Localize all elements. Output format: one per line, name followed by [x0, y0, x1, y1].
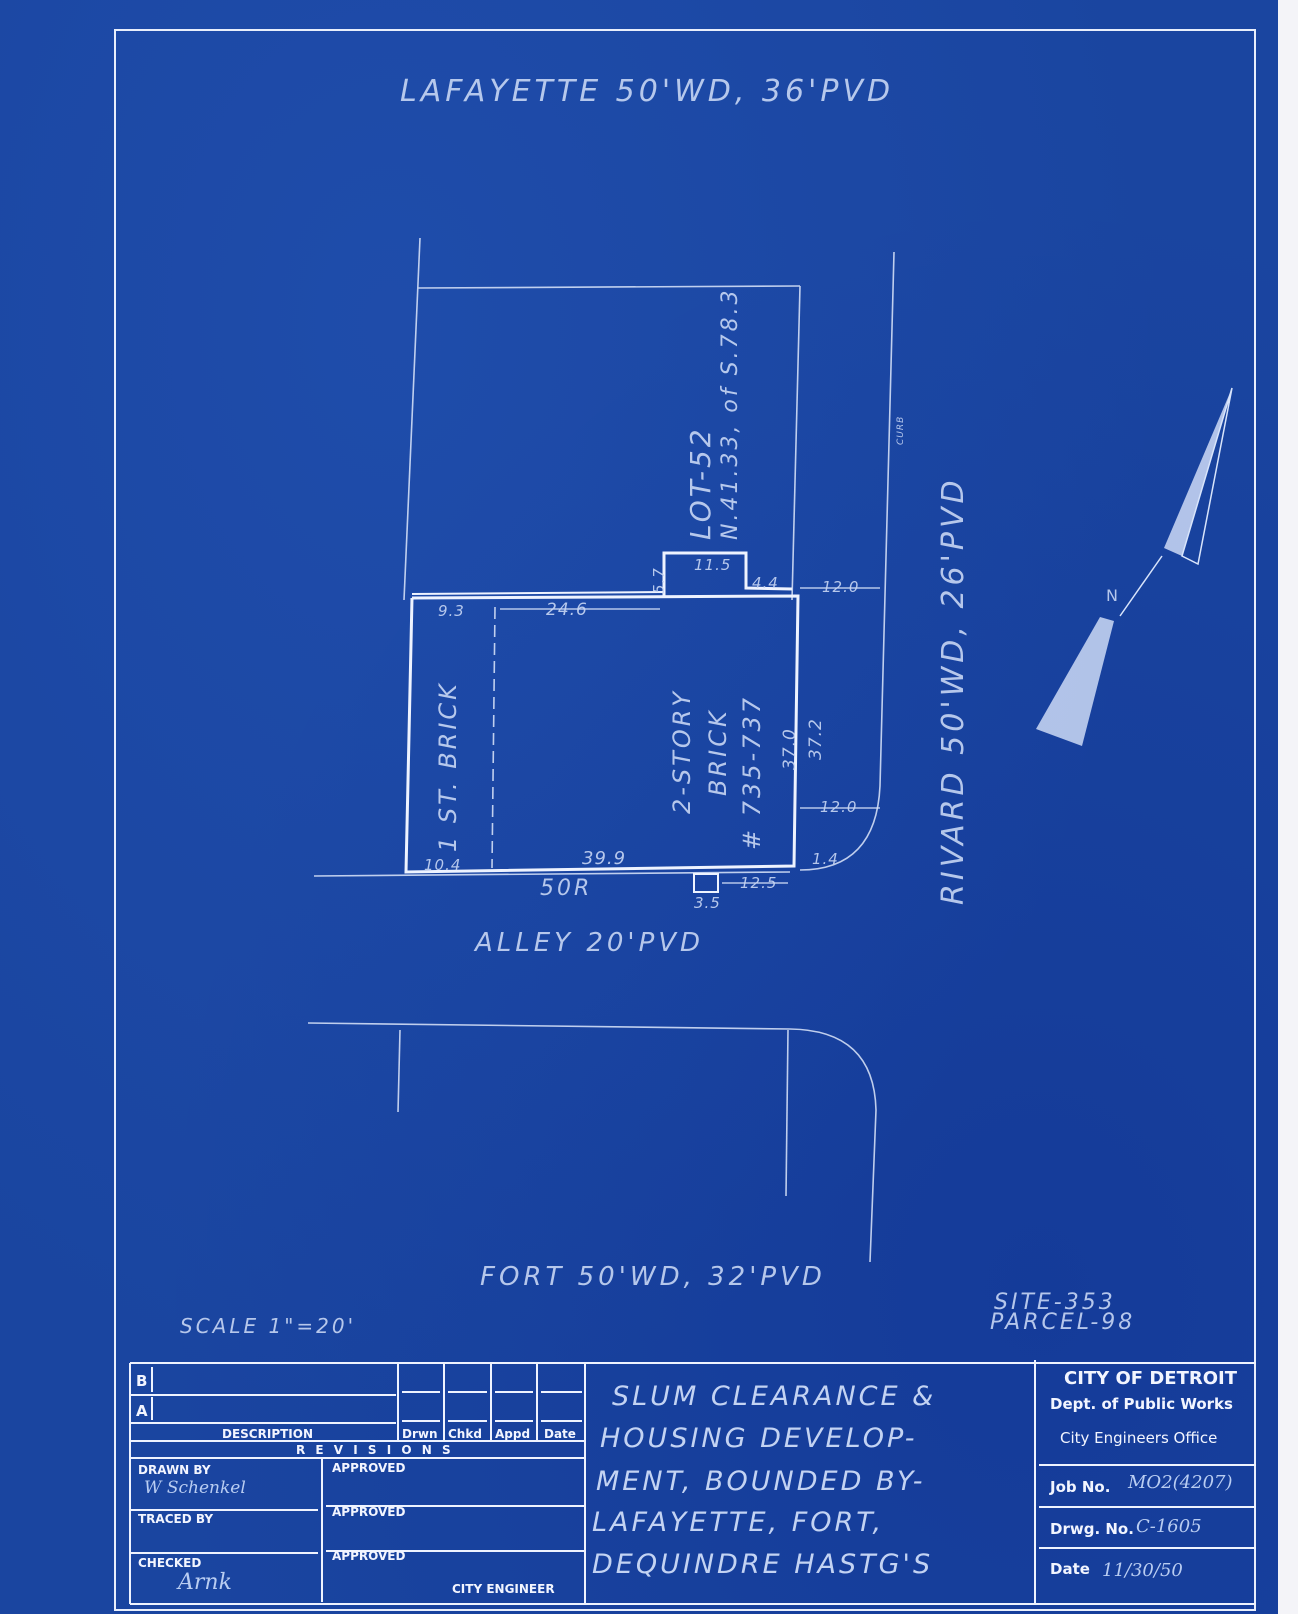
approved-label-2: APPROVED: [332, 1505, 405, 1519]
revision-col-date: Date: [544, 1427, 576, 1441]
checked-label: CHECKED: [138, 1556, 201, 1570]
project-title-line-5: DEQUINDRE HASTG'S: [592, 1544, 933, 1585]
revision-row-a: A: [136, 1402, 148, 1420]
approved-label-1: APPROVED: [332, 1461, 405, 1475]
traced-by-label: TRACED BY: [138, 1512, 213, 1526]
revision-col-chkd: Chkd: [448, 1427, 482, 1441]
revision-description-header: DESCRIPTION: [222, 1427, 313, 1441]
revisions-title: R E V I S I O N S: [296, 1443, 454, 1457]
revision-col-drwn: Drwn: [402, 1427, 438, 1441]
agency-city: CITY OF DETROIT: [1064, 1368, 1237, 1389]
drawn-by-label: DRAWN BY: [138, 1463, 211, 1477]
checked-signature: Arnk: [178, 1570, 232, 1595]
drwg-no-label: Drwg. No.: [1050, 1520, 1134, 1538]
drwg-no-value: C-1605: [1136, 1516, 1202, 1537]
drawn-by-signature: W Schenkel: [144, 1478, 246, 1498]
city-engineer-label: CITY ENGINEER: [452, 1582, 555, 1596]
date-value: 11/30/50: [1102, 1560, 1183, 1581]
agency-dept: Dept. of Public Works: [1050, 1395, 1233, 1413]
project-title-line-3: MENT, BOUNDED BY-: [596, 1461, 926, 1502]
revision-row-b: B: [136, 1372, 147, 1390]
approved-label-3: APPROVED: [332, 1549, 405, 1563]
project-title-line-1: SLUM CLEARANCE &: [612, 1376, 936, 1417]
revision-col-appd: Appd: [495, 1427, 530, 1441]
agency-office: City Engineers Office: [1060, 1429, 1217, 1447]
date-label: Date: [1050, 1560, 1090, 1578]
project-title-line-2: HOUSING DEVELOP-: [600, 1418, 918, 1459]
project-title-line-4: LAFAYETTE, FORT,: [592, 1502, 884, 1543]
job-no-value: MO2(4207): [1128, 1472, 1233, 1493]
job-no-label: Job No.: [1050, 1478, 1110, 1496]
